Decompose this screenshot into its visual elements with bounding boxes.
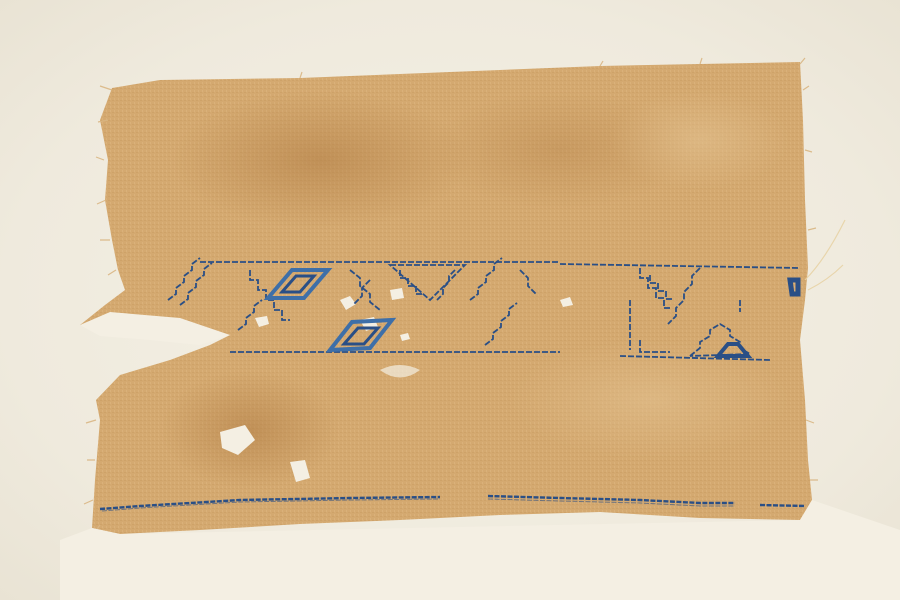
- textile-photo: [0, 0, 900, 600]
- textile-fragment: [0, 0, 900, 600]
